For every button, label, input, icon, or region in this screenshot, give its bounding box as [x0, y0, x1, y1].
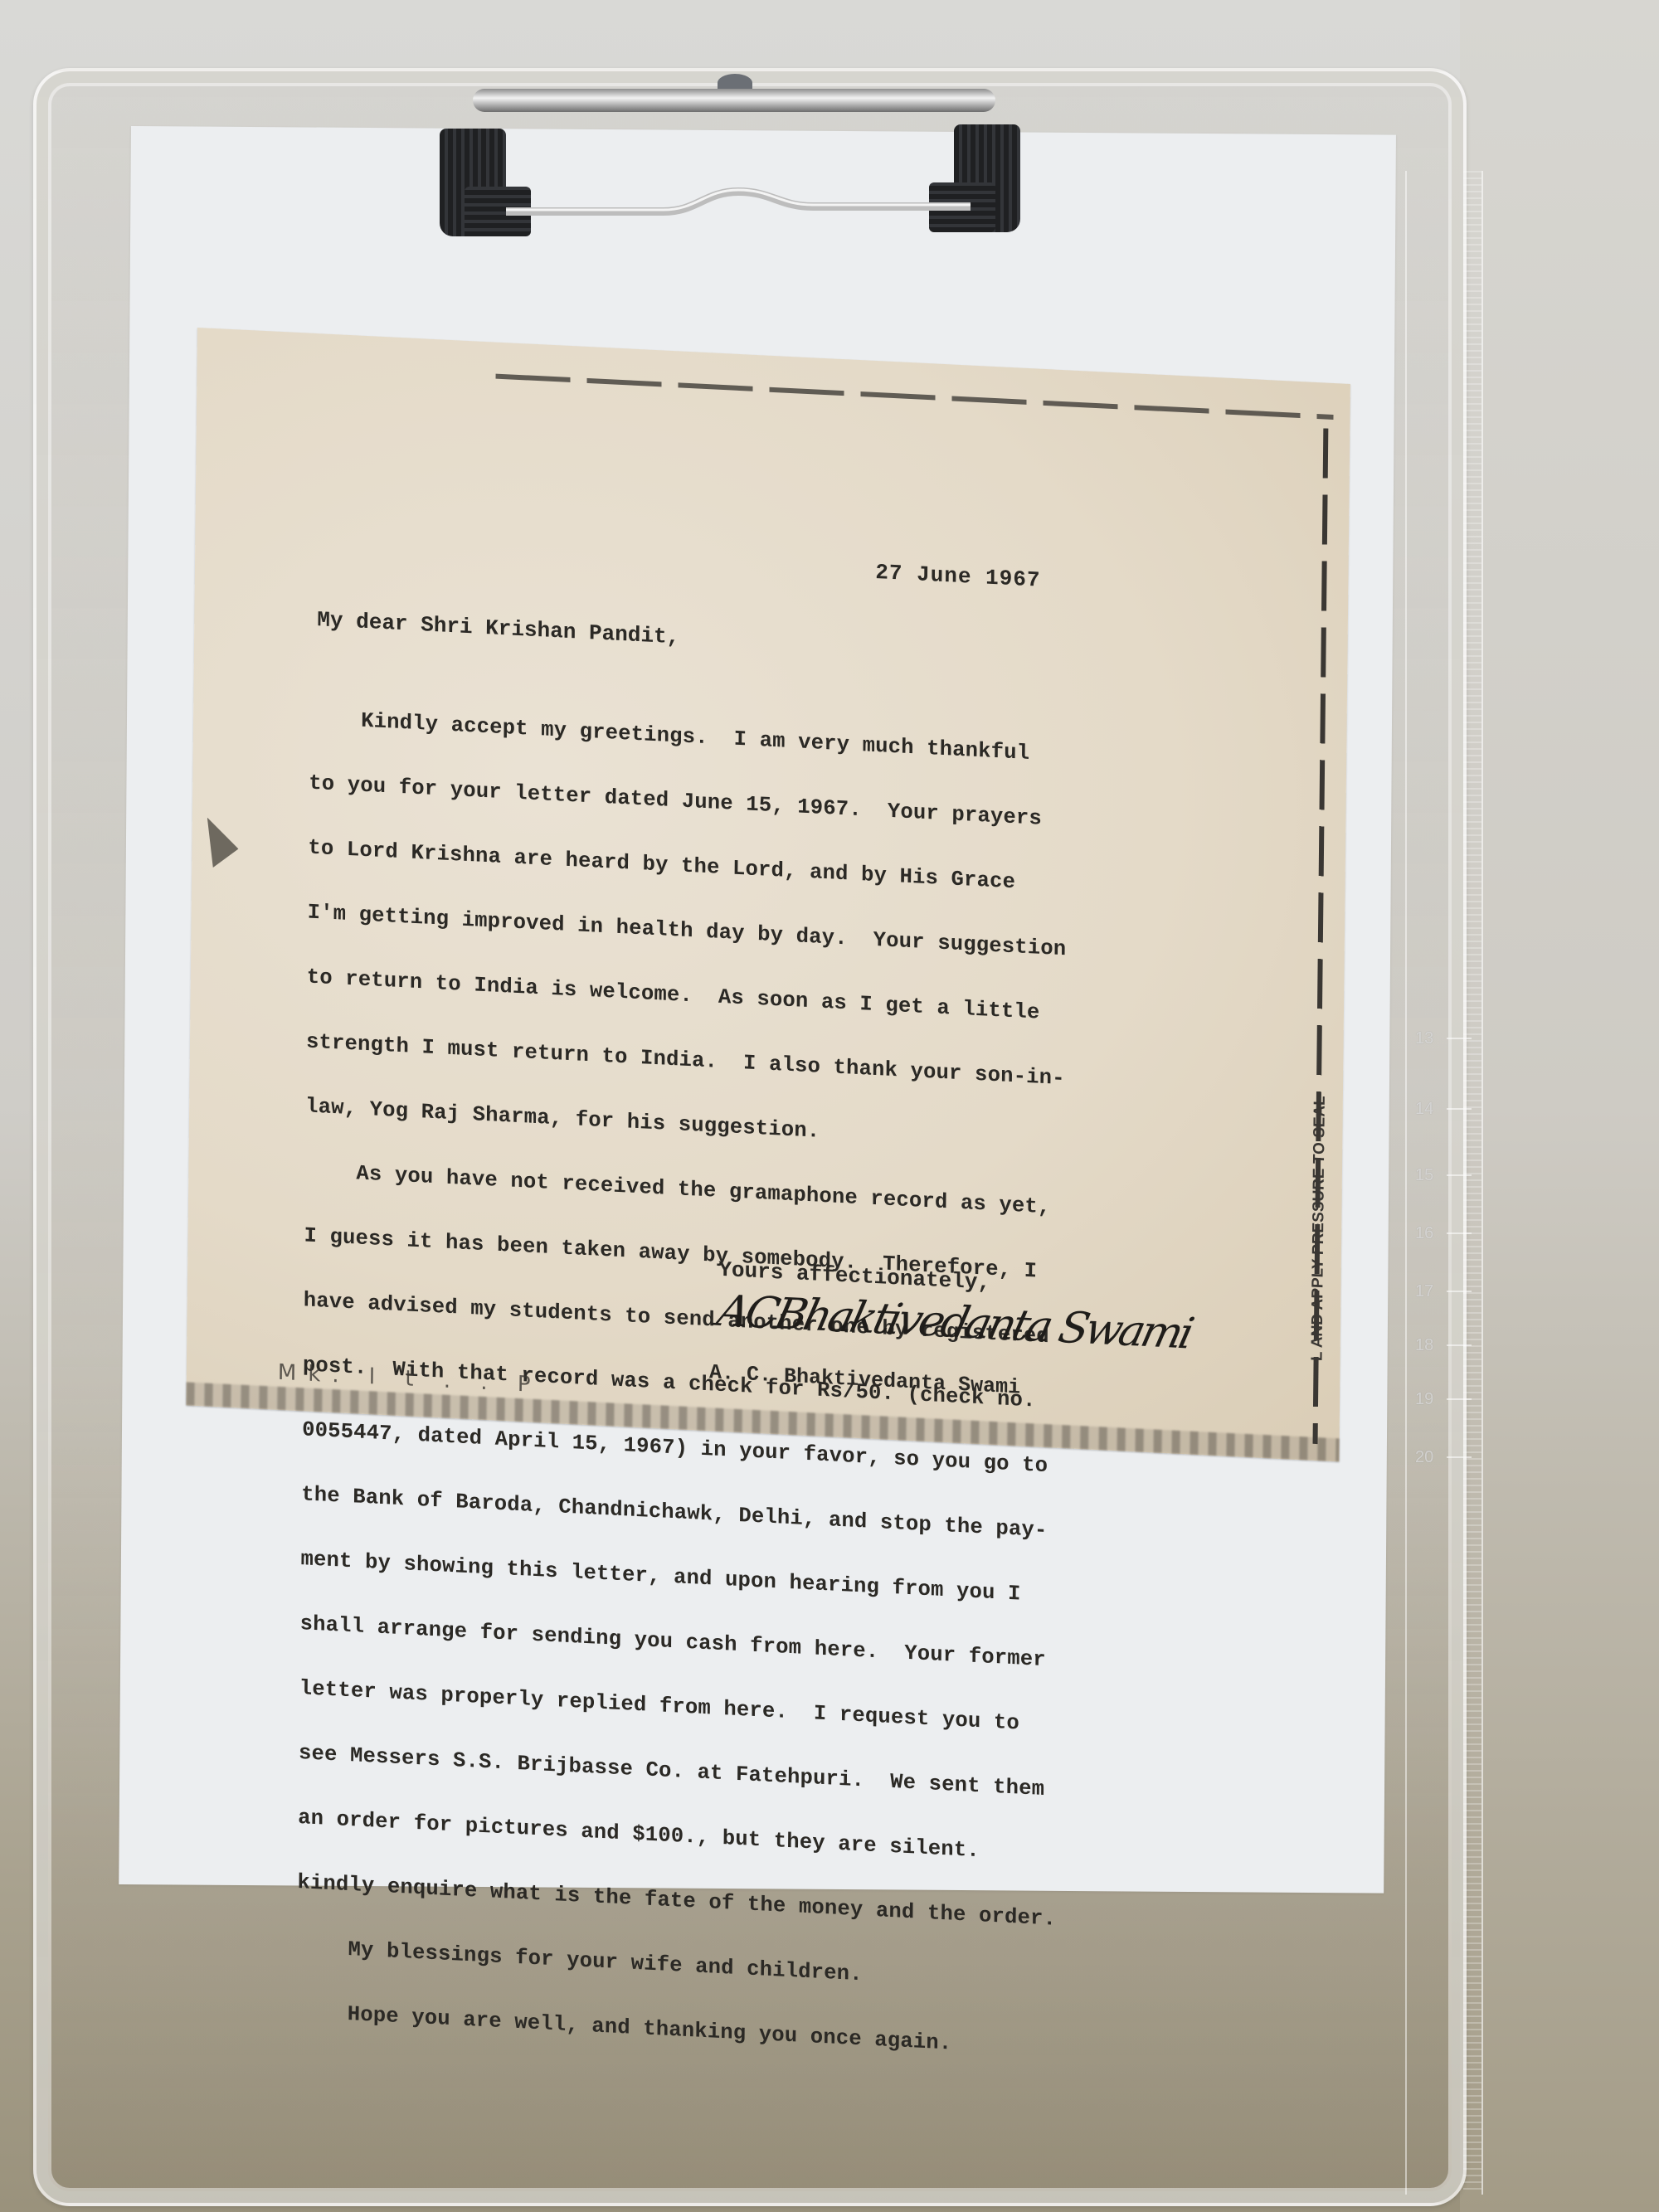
body-line: to return to India is welcome. As soon a… — [307, 966, 1236, 1033]
body-line: letter was properly replied from here. I… — [299, 1678, 1228, 1745]
ruler-tick: 15 — [1415, 1166, 1433, 1185]
letter-date: 27 June 1967 — [875, 560, 1041, 593]
body-line: to you for your letter dated June 15, 19… — [309, 773, 1238, 840]
ruler-tick: 19 — [1415, 1390, 1433, 1409]
photocopy-edge-top — [496, 374, 1334, 420]
body-line: the Bank of Baroda, Chandnichawk, Delhi,… — [301, 1484, 1230, 1551]
clip-bar — [473, 89, 995, 112]
typed-letter: 27 June 1967 My dear Shri Krishan Pandit… — [186, 328, 1350, 1461]
body-line: an order for pictures and $100., but the… — [298, 1807, 1227, 1874]
clipboard-clip[interactable] — [431, 79, 1029, 245]
clipboard-ruler: 13 14 15 16 17 18 19 20 — [1405, 171, 1483, 2195]
ruler-tick: 13 — [1415, 1029, 1433, 1048]
body-line: I'm getting improved in health day by da… — [308, 902, 1237, 970]
vertical-imprint-text: L AND APPLY PRESSURE TO SEAL — [1309, 1096, 1330, 1362]
ruler-tick: 18 — [1415, 1336, 1433, 1355]
letter-salutation: My dear Shri Krishan Pandit, — [317, 607, 679, 649]
body-line: law, Yog Raj Sharma, for his suggestion. — [305, 1096, 1234, 1163]
ruler-tick: 14 — [1415, 1100, 1433, 1119]
ruler-tick: 16 — [1415, 1224, 1433, 1243]
body-line: strength I must return to India. I also … — [306, 1031, 1235, 1098]
body-line: shall arrange for sending you cash from … — [300, 1613, 1229, 1680]
background-wall — [1460, 0, 1659, 2212]
body-line: Kindly accept my greetings. I am very mu… — [309, 708, 1238, 775]
body-line: 0055447, dated April 15, 1967) in your f… — [302, 1419, 1231, 1486]
photocopy-smudge — [207, 818, 239, 869]
clip-grip-left-icon — [440, 129, 506, 236]
body-line: Hope you are well, and thanking you once… — [296, 2001, 1225, 2069]
body-line: see Messers S.S. Brijbasse Co. at Fatehp… — [299, 1743, 1228, 1810]
body-line: My blessings for your wife and children. — [296, 1937, 1225, 2004]
ruler-tick: 20 — [1415, 1448, 1433, 1467]
body-line: kindly enquire what is the fate of the m… — [297, 1872, 1226, 1939]
body-line: As you have not received the gramaphone … — [304, 1160, 1233, 1228]
body-line: to Lord Krishna are heard by the Lord, a… — [308, 838, 1237, 905]
ruler-tick: 17 — [1415, 1282, 1433, 1301]
body-line: ment by showing this letter, and upon he… — [300, 1548, 1229, 1616]
clip-wire-icon — [506, 187, 971, 220]
